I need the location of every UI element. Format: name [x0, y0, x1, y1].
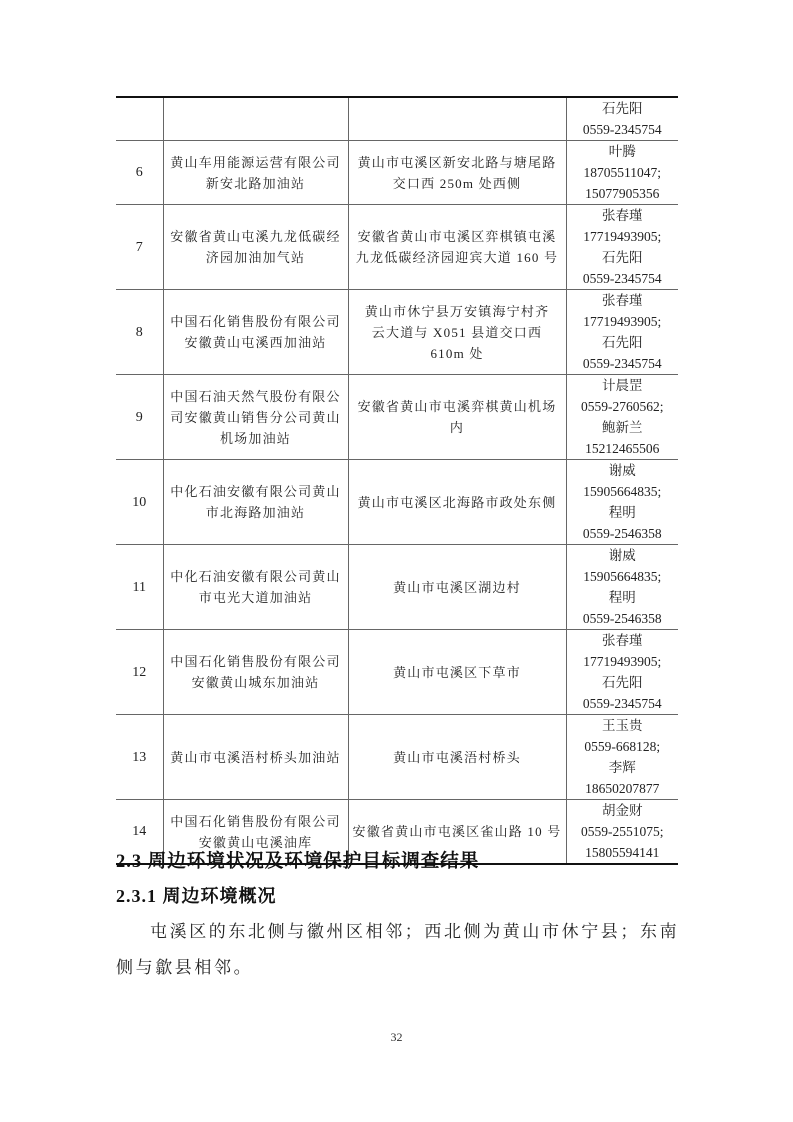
cell-contact-line: 张春瑾	[571, 205, 675, 226]
cell-station-name	[163, 97, 348, 141]
cell-number: 9	[116, 375, 163, 460]
cell-contact-line: 石先阳	[571, 247, 675, 268]
cell-address: 黄山市屯溪区湖边村	[348, 545, 566, 630]
cell-station-name-line: 安徽黄山城东加油站	[168, 672, 344, 693]
table-row: 13黄山市屯溪浯村桥头加油站黄山市屯溪浯村桥头王玉贵0559-668128;李辉…	[116, 715, 678, 800]
cell-contact: 叶腾18705511047;15077905356	[566, 141, 678, 205]
cell-address-line: 安徽省黄山市屯溪区弈棋镇屯溪	[353, 226, 562, 247]
cell-contact-line: 0559-2345754	[571, 268, 675, 289]
cell-contact-line: 15905664835;	[571, 481, 675, 502]
cell-contact: 石先阳0559-2345754	[566, 97, 678, 141]
cell-contact-line: 15077905356	[571, 183, 675, 204]
cell-contact-line: 0559-668128;	[571, 736, 675, 757]
cell-address-line: 内	[353, 417, 562, 438]
cell-address: 黄山市屯溪区新安北路与塘尾路交口西 250m 处西侧	[348, 141, 566, 205]
cell-contact-line: 17719493905;	[571, 651, 675, 672]
cell-station-name-line: 中国石化销售股份有限公司	[168, 651, 344, 672]
table-row: 12中国石化销售股份有限公司安徽黄山城东加油站黄山市屯溪区下草市张春瑾17719…	[116, 630, 678, 715]
table-row: 6黄山车用能源运营有限公司新安北路加油站黄山市屯溪区新安北路与塘尾路交口西 25…	[116, 141, 678, 205]
cell-contact-line: 计晨罡	[571, 375, 675, 396]
table-row: 9中国石油天然气股份有限公司安徽黄山销售分公司黄山机场加油站安徽省黄山市屯溪弈棋…	[116, 375, 678, 460]
cell-contact-line: 张春瑾	[571, 630, 675, 651]
cell-address: 黄山市休宁县万安镇海宁村齐云大道与 X051 县道交口西610m 处	[348, 290, 566, 375]
gas-station-table: 石先阳0559-23457546黄山车用能源运营有限公司新安北路加油站黄山市屯溪…	[116, 96, 678, 865]
subsection-heading: 2.3.1 周边环境概况	[116, 882, 277, 908]
cell-contact-line: 谢威	[571, 545, 675, 566]
cell-station-name-line: 司安徽黄山销售分公司黄山	[168, 407, 344, 428]
cell-station-name: 中国石油天然气股份有限公司安徽黄山销售分公司黄山机场加油站	[163, 375, 348, 460]
cell-address-line: 交口西 250m 处西侧	[353, 173, 562, 194]
cell-address-line: 黄山市屯溪区北海路市政处东侧	[353, 492, 562, 513]
cell-number: 13	[116, 715, 163, 800]
cell-station-name: 黄山车用能源运营有限公司新安北路加油站	[163, 141, 348, 205]
cell-station-name-line: 市屯光大道加油站	[168, 587, 344, 608]
cell-contact-line: 0559-2345754	[571, 353, 675, 374]
cell-address-line: 九龙低碳经济园迎宾大道 160 号	[353, 247, 562, 268]
cell-contact: 胡金财0559-2551075;15805594141	[566, 800, 678, 865]
document-page: 石先阳0559-23457546黄山车用能源运营有限公司新安北路加油站黄山市屯溪…	[0, 0, 793, 1122]
cell-station-name: 中化石油安徽有限公司黄山市北海路加油站	[163, 460, 348, 545]
cell-contact: 张春瑾17719493905;石先阳0559-2345754	[566, 630, 678, 715]
cell-station-name-line: 济园加油加气站	[168, 247, 344, 268]
cell-address-line: 黄山市休宁县万安镇海宁村齐	[353, 301, 562, 322]
cell-contact-line: 0559-2345754	[571, 119, 675, 140]
cell-contact-line: 石先阳	[571, 332, 675, 353]
cell-address-line: 黄山市屯溪浯村桥头	[353, 747, 562, 768]
table-row: 8中国石化销售股份有限公司安徽黄山屯溪西加油站黄山市休宁县万安镇海宁村齐云大道与…	[116, 290, 678, 375]
cell-station-name-line: 中国石油天然气股份有限公	[168, 386, 344, 407]
cell-address: 黄山市屯溪区下草市	[348, 630, 566, 715]
cell-contact-line: 15212465506	[571, 438, 675, 459]
cell-contact-line: 叶腾	[571, 141, 675, 162]
cell-address: 黄山市屯溪区北海路市政处东侧	[348, 460, 566, 545]
cell-number: 8	[116, 290, 163, 375]
cell-station-name: 中国石化销售股份有限公司安徽黄山城东加油站	[163, 630, 348, 715]
cell-contact-line: 18705511047;	[571, 162, 675, 183]
table-row: 11中化石油安徽有限公司黄山市屯光大道加油站黄山市屯溪区湖边村谢威1590566…	[116, 545, 678, 630]
cell-contact-line: 0559-2546358	[571, 608, 675, 629]
cell-station-name-line: 中国石化销售股份有限公司	[168, 311, 344, 332]
cell-contact: 谢威15905664835;程明0559-2546358	[566, 545, 678, 630]
cell-address-line: 黄山市屯溪区湖边村	[353, 577, 562, 598]
cell-station-name-line: 黄山市屯溪浯村桥头加油站	[168, 747, 344, 768]
cell-contact-line: 胡金财	[571, 800, 675, 821]
table-row: 7安徽省黄山屯溪九龙低碳经济园加油加气站安徽省黄山市屯溪区弈棋镇屯溪九龙低碳经济…	[116, 205, 678, 290]
cell-address	[348, 97, 566, 141]
cell-station-name-line: 新安北路加油站	[168, 173, 344, 194]
cell-contact-line: 谢威	[571, 460, 675, 481]
page-number: 32	[0, 1030, 793, 1045]
cell-contact-line: 张春瑾	[571, 290, 675, 311]
cell-number: 10	[116, 460, 163, 545]
cell-station-name-line: 安徽省黄山屯溪九龙低碳经	[168, 226, 344, 247]
table-body: 石先阳0559-23457546黄山车用能源运营有限公司新安北路加油站黄山市屯溪…	[116, 97, 678, 864]
cell-contact-line: 15905664835;	[571, 566, 675, 587]
cell-contact-line: 石先阳	[571, 98, 675, 119]
cell-number	[116, 97, 163, 141]
cell-number: 7	[116, 205, 163, 290]
cell-contact-line: 0559-2345754	[571, 693, 675, 714]
cell-station-name: 中化石油安徽有限公司黄山市屯光大道加油站	[163, 545, 348, 630]
cell-station-name-line: 安徽黄山屯溪西加油站	[168, 332, 344, 353]
cell-contact-line: 鲍新兰	[571, 417, 675, 438]
cell-contact: 谢威15905664835;程明0559-2546358	[566, 460, 678, 545]
cell-station-name-line: 黄山车用能源运营有限公司	[168, 152, 344, 173]
cell-contact-line: 17719493905;	[571, 311, 675, 332]
cell-station-name: 中国石化销售股份有限公司安徽黄山屯溪西加油站	[163, 290, 348, 375]
cell-contact-line: 18650207877	[571, 778, 675, 799]
cell-number: 6	[116, 141, 163, 205]
cell-address-line: 黄山市屯溪区新安北路与塘尾路	[353, 152, 562, 173]
cell-address: 安徽省黄山市屯溪区弈棋镇屯溪九龙低碳经济园迎宾大道 160 号	[348, 205, 566, 290]
cell-number: 12	[116, 630, 163, 715]
cell-contact: 计晨罡0559-2760562;鲍新兰15212465506	[566, 375, 678, 460]
cell-station-name-line: 中国石化销售股份有限公司	[168, 811, 344, 832]
cell-address-line: 安徽省黄山市屯溪区雀山路 10 号	[353, 821, 562, 842]
cell-station-name-line: 中化石油安徽有限公司黄山	[168, 566, 344, 587]
cell-contact-line: 石先阳	[571, 672, 675, 693]
cell-address-line: 安徽省黄山市屯溪弈棋黄山机场	[353, 396, 562, 417]
cell-contact-line: 程明	[571, 502, 675, 523]
cell-contact-line: 0559-2760562;	[571, 396, 675, 417]
cell-address-line: 610m 处	[353, 343, 562, 364]
cell-station-name-line: 中化石油安徽有限公司黄山	[168, 481, 344, 502]
table-row: 石先阳0559-2345754	[116, 97, 678, 141]
cell-address-line: 云大道与 X051 县道交口西	[353, 322, 562, 343]
cell-address-line: 黄山市屯溪区下草市	[353, 662, 562, 683]
table-row: 10中化石油安徽有限公司黄山市北海路加油站黄山市屯溪区北海路市政处东侧谢威159…	[116, 460, 678, 545]
cell-station-name: 安徽省黄山屯溪九龙低碳经济园加油加气站	[163, 205, 348, 290]
cell-contact-line: 15805594141	[571, 842, 675, 863]
cell-contact-line: 0559-2546358	[571, 523, 675, 544]
cell-contact-line: 0559-2551075;	[571, 821, 675, 842]
cell-contact-line: 王玉贵	[571, 715, 675, 736]
body-paragraph: 屯溪区的东北侧与徽州区相邻；西北侧为黄山市休宁县；东南侧与歙县相邻。	[116, 914, 682, 986]
section-heading: 2.3 周边环境状况及环境保护目标调查结果	[116, 847, 479, 873]
cell-station-name: 黄山市屯溪浯村桥头加油站	[163, 715, 348, 800]
cell-contact: 张春瑾17719493905;石先阳0559-2345754	[566, 290, 678, 375]
cell-station-name-line: 机场加油站	[168, 428, 344, 449]
cell-contact: 张春瑾17719493905;石先阳0559-2345754	[566, 205, 678, 290]
cell-address: 黄山市屯溪浯村桥头	[348, 715, 566, 800]
cell-contact-line: 李辉	[571, 757, 675, 778]
cell-number: 11	[116, 545, 163, 630]
cell-address: 安徽省黄山市屯溪弈棋黄山机场内	[348, 375, 566, 460]
cell-contact-line: 程明	[571, 587, 675, 608]
cell-station-name-line: 市北海路加油站	[168, 502, 344, 523]
cell-contact-line: 17719493905;	[571, 226, 675, 247]
cell-contact: 王玉贵0559-668128;李辉18650207877	[566, 715, 678, 800]
